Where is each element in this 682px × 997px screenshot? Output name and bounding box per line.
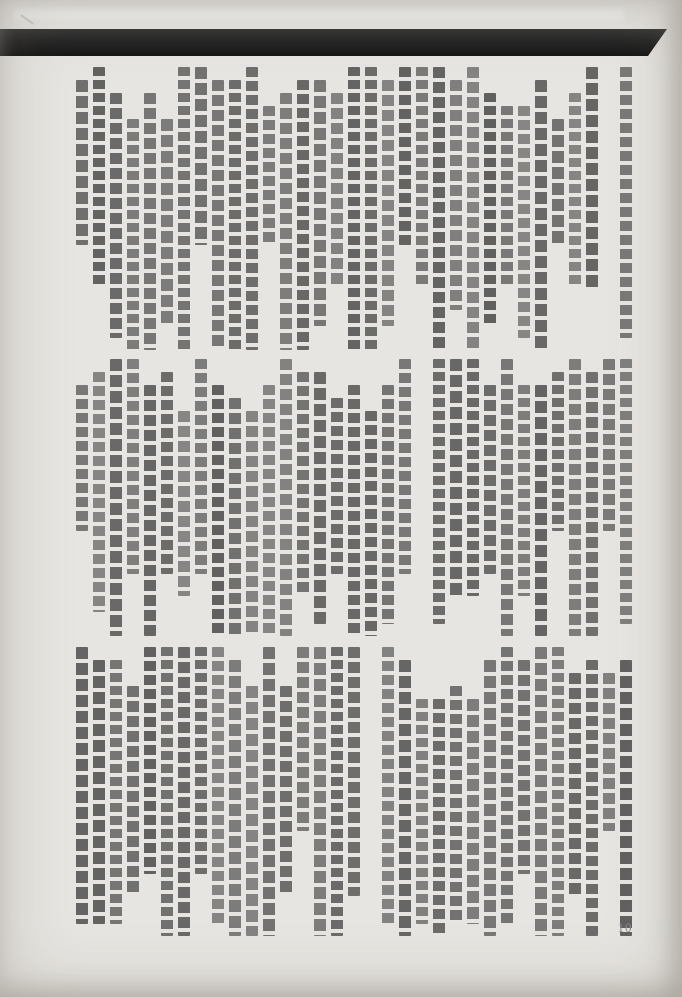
text-column: [501, 106, 513, 288]
text-column: [280, 93, 292, 350]
text-band-bottom: [62, 647, 632, 936]
text-column: [484, 660, 496, 936]
text-column: [263, 385, 275, 636]
text-column: [484, 93, 496, 326]
scanned-page: 10: [0, 0, 682, 997]
text-column: [552, 372, 564, 531]
text-column: [620, 67, 632, 338]
text-column: [399, 67, 411, 245]
text-column: [212, 80, 224, 350]
text-column: [382, 80, 394, 326]
text-column: [195, 647, 207, 874]
text-column: [161, 372, 173, 574]
text-column: [552, 119, 564, 245]
text-column: [314, 80, 326, 326]
text-column: [280, 686, 292, 896]
title-banner: [0, 29, 667, 56]
text-column: [127, 686, 139, 896]
text-column: [314, 647, 326, 936]
text-column: [399, 359, 411, 574]
text-column: [450, 80, 462, 310]
text-column: [161, 119, 173, 326]
text-column: [535, 647, 547, 936]
text-column: [382, 385, 394, 624]
text-column: [569, 93, 581, 288]
text-column: [348, 647, 360, 896]
text-column: [178, 647, 190, 936]
scan-light-strip: [14, 8, 624, 20]
text-column: [586, 372, 598, 636]
text-column: [110, 359, 122, 636]
text-column: [433, 67, 445, 350]
text-column: [93, 372, 105, 612]
text-band-top: [62, 67, 632, 350]
text-column: [569, 673, 581, 896]
text-column: [246, 67, 258, 350]
text-column: [297, 647, 309, 831]
text-column: [246, 411, 258, 636]
text-column: [518, 385, 530, 596]
text-column: [484, 385, 496, 574]
text-column: [195, 359, 207, 574]
text-column: [603, 359, 615, 531]
text-column: [76, 385, 88, 531]
text-column: [399, 660, 411, 936]
text-column: [76, 80, 88, 245]
text-column: [501, 647, 513, 924]
text-column: [144, 385, 156, 636]
text-column: [433, 699, 445, 936]
text-column: [552, 647, 564, 936]
text-column: [212, 385, 224, 636]
text-column: [263, 106, 275, 245]
text-column: [229, 660, 241, 936]
text-column: [518, 660, 530, 874]
text-column: [212, 647, 224, 924]
text-column: [467, 67, 479, 350]
text-column: [297, 80, 309, 350]
text-column: [144, 93, 156, 350]
text-column: [331, 647, 343, 936]
text-column: [603, 673, 615, 831]
text-column: [382, 647, 394, 924]
text-column: [518, 106, 530, 338]
text-column: [263, 647, 275, 936]
text-band-middle: [62, 359, 632, 636]
text-column: [501, 359, 513, 636]
text-column: [280, 359, 292, 636]
text-column: [416, 699, 428, 924]
text-column: [586, 67, 598, 288]
text-column: [620, 359, 632, 624]
text-column: [365, 411, 377, 636]
text-column: [178, 67, 190, 350]
text-column: [297, 372, 309, 596]
text-column: [195, 67, 207, 245]
text-column: [229, 80, 241, 350]
text-column: [331, 398, 343, 574]
text-column: [365, 67, 377, 350]
text-column: [127, 359, 139, 574]
text-column: [110, 660, 122, 924]
page-number: 10: [610, 920, 640, 936]
text-column: [467, 699, 479, 924]
text-column: [144, 647, 156, 874]
text-column: [331, 93, 343, 288]
text-column: [433, 359, 445, 624]
text-column: [620, 660, 632, 936]
text-column: [93, 67, 105, 288]
text-column: [76, 647, 88, 924]
text-column: [127, 119, 139, 350]
text-column: [161, 647, 173, 936]
text-column: [314, 372, 326, 624]
text-column: [467, 359, 479, 596]
text-column: [110, 93, 122, 338]
text-column: [246, 686, 258, 936]
text-column: [348, 385, 360, 636]
text-column: [586, 660, 598, 936]
text-column: [416, 67, 428, 288]
text-column: [535, 385, 547, 636]
text-column: [178, 411, 190, 596]
text-column: [450, 359, 462, 596]
text-column: [229, 398, 241, 636]
text-column: [348, 67, 360, 350]
text-column: [569, 359, 581, 636]
text-column: [93, 660, 105, 924]
text-column: [450, 686, 462, 924]
text-column: [535, 80, 547, 350]
